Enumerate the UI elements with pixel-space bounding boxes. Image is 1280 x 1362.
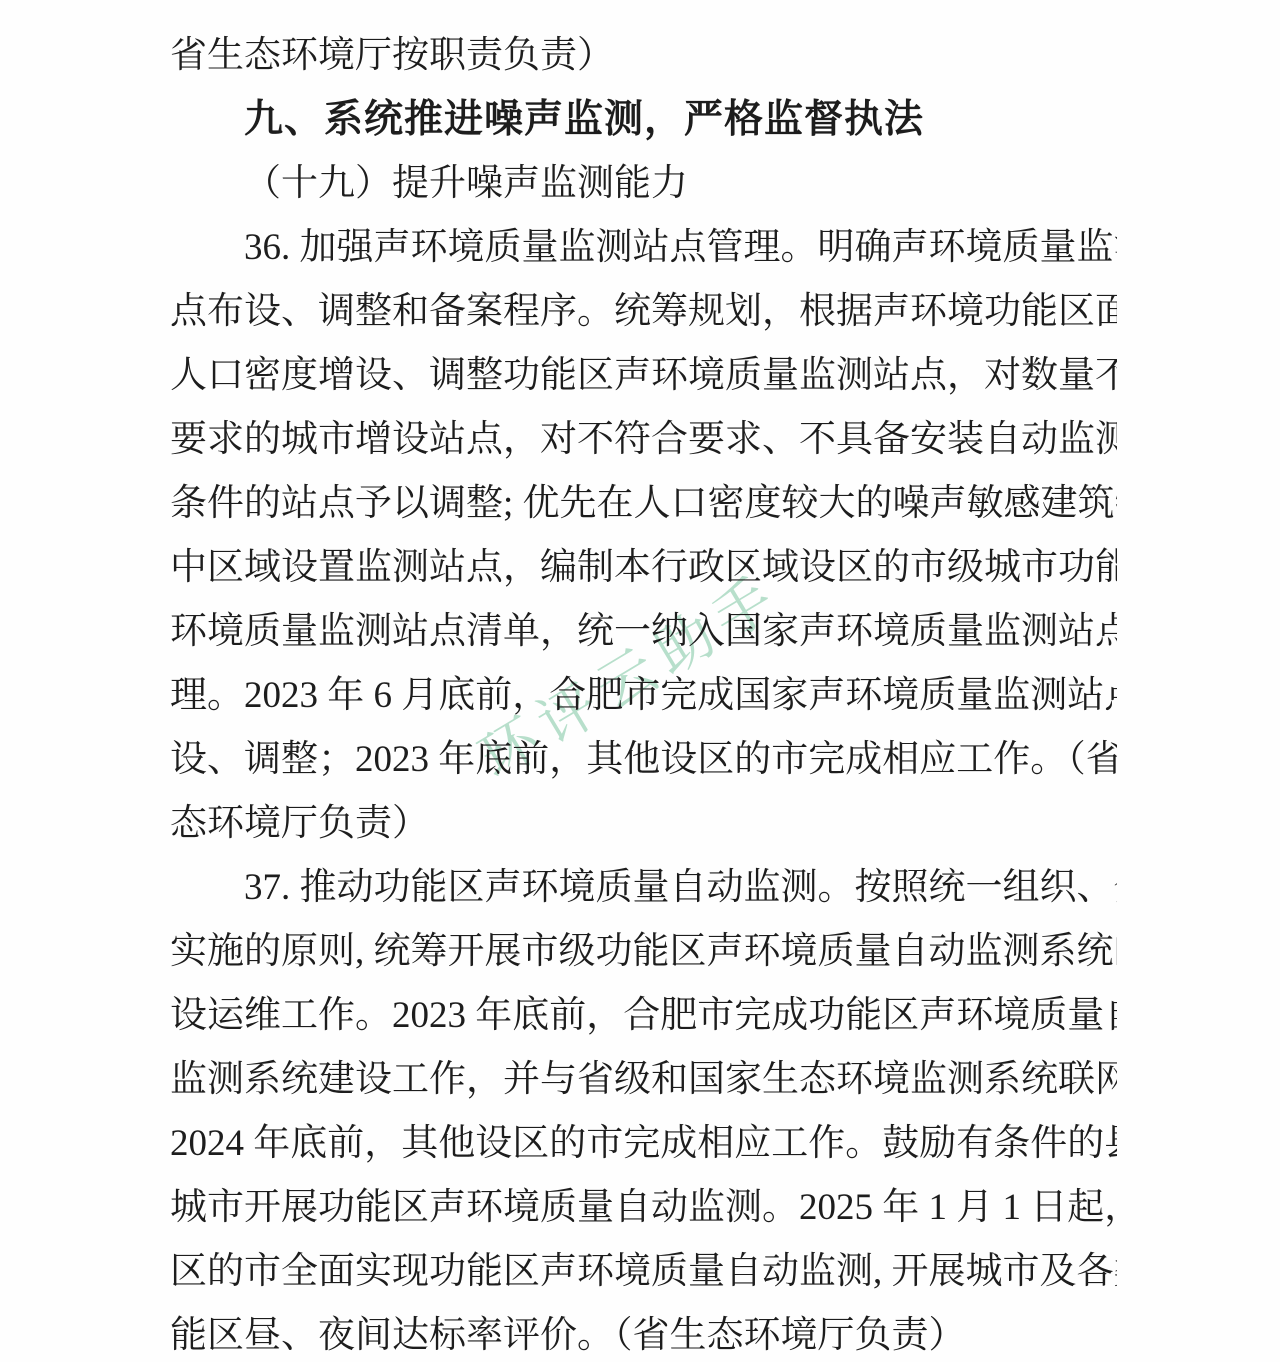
paragraph-line: 监测系统建设工作，并与省级和国家生态环境监测系统联网； [170, 1048, 1117, 1112]
paragraph-line: 能区昼、夜间达标率评价。（省生态环境厅负责） [170, 1304, 1117, 1362]
paragraph-line: 城市开展功能区声环境质量自动监测。2025 年 1 月 1 日起，设 [170, 1176, 1117, 1240]
paragraph-line: 条件的站点予以调整; 优先在人口密度较大的噪声敏感建筑物集 [170, 472, 1117, 536]
paragraph-line: 2024 年底前，其他设区的市完成相应工作。鼓励有条件的县级 [170, 1112, 1117, 1176]
paragraph-line: 要求的城市增设站点，对不符合要求、不具备安装自动监测设备 [170, 408, 1117, 472]
document-page: 环评云助手 省生态环境厅按职责负责） 九、系统推进噪声监测，严格监督执法 （十九… [0, 0, 1280, 1362]
paragraph-line: 设运维工作。2023 年底前，合肥市完成功能区声环境质量自动 [170, 984, 1117, 1048]
paragraph-line: 设、调整；2023 年底前，其他设区的市完成相应工作。（省生 [170, 728, 1117, 792]
document-body: 省生态环境厅按职责负责） 九、系统推进噪声监测，严格监督执法 （十九）提升噪声监… [170, 24, 1117, 1362]
section-heading: 九、系统推进噪声监测，严格监督执法 [170, 88, 1117, 152]
paragraph-line: 中区域设置监测站点，编制本行政区域设区的市级城市功能区声 [170, 536, 1117, 600]
paragraph-line: 态环境厅负责） [170, 792, 1117, 856]
paragraph-line: 人口密度增设、调整功能区声环境质量监测站点，对数量不满足 [170, 344, 1117, 408]
paragraph-line: 实施的原则, 统筹开展市级功能区声环境质量自动监测系统的建 [170, 920, 1117, 984]
paragraph-line: 37. 推动功能区声环境质量自动监测。按照统一组织、分步 [170, 856, 1117, 920]
paragraph-line: 理。2023 年 6 月底前，合肥市完成国家声环境质量监测站点布 [170, 664, 1117, 728]
paragraph-line: 区的市全面实现功能区声环境质量自动监测, 开展城市及各类功 [170, 1240, 1117, 1304]
paragraph-line: 36. 加强声环境质量监测站点管理。明确声环境质量监测站 [170, 216, 1117, 280]
paragraph-line: 点布设、调整和备案程序。统筹规划，根据声环境功能区面积和 [170, 280, 1117, 344]
paragraph-line: 环境质量监测站点清单，统一纳入国家声环境质量监测站点管 [170, 600, 1117, 664]
paragraph-line: 省生态环境厅按职责负责） [170, 24, 1117, 88]
subsection-heading: （十九）提升噪声监测能力 [170, 152, 1117, 216]
